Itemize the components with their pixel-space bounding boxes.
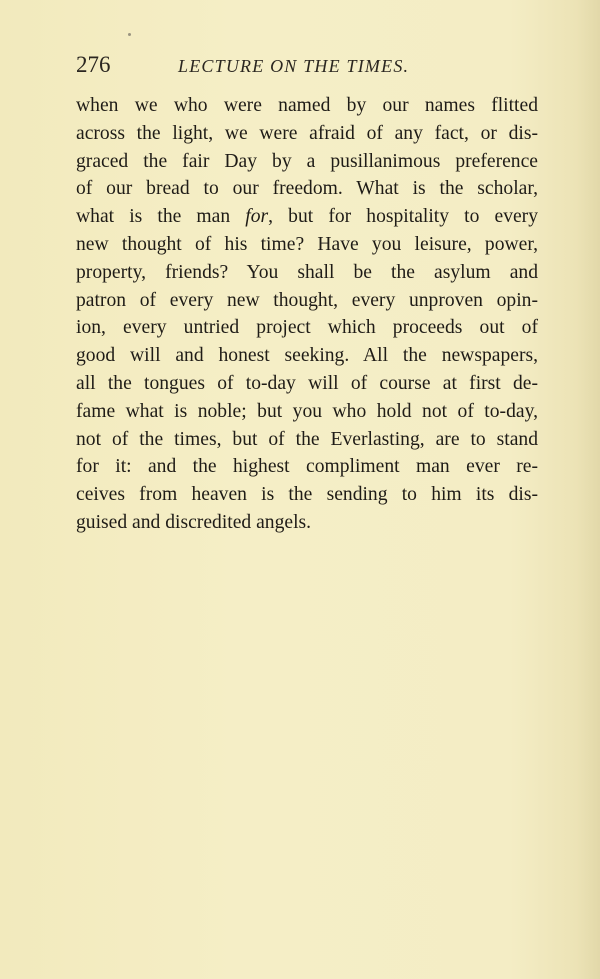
running-head: LECTURE ON THE TIMES. <box>178 56 409 77</box>
text-line: good will and honest seeking. All the ne… <box>76 342 538 370</box>
text-line: when we who were named by our names flit… <box>76 92 538 120</box>
text-line: new thought of his time? Have you leisur… <box>76 231 538 259</box>
body-text: when we who were named by our names flit… <box>76 92 538 537</box>
italic-word: for <box>245 206 268 227</box>
text-line: guised and discredited angels. <box>76 509 538 537</box>
book-page: 276 LECTURE ON THE TIMES. when we who we… <box>0 0 600 979</box>
text-line: of our bread to our freedom. What is the… <box>76 175 538 203</box>
text-line: for it: and the highest compliment man e… <box>76 453 538 481</box>
text-line: not of the times, but of the Everlasting… <box>76 426 538 454</box>
text-line: patron of every new thought, every unpro… <box>76 287 538 315</box>
text-line: ceives from heaven is the sending to him… <box>76 481 538 509</box>
text-line: ion, every untried project which proceed… <box>76 314 538 342</box>
text-segment: what is the man <box>76 206 245 227</box>
page-number: 276 <box>76 52 111 78</box>
text-segment: , but for hospitality to every <box>268 206 538 227</box>
text-line: all the tongues of to-day will of course… <box>76 370 538 398</box>
speck-mark <box>128 33 131 36</box>
text-line: what is the man for, but for hospitality… <box>76 203 538 231</box>
text-line: property, friends? You shall be the asyl… <box>76 259 538 287</box>
text-line: graced the fair Day by a pusillanimous p… <box>76 148 538 176</box>
text-line: across the light, we were afraid of any … <box>76 120 538 148</box>
text-line: fame what is noble; but you who hold not… <box>76 398 538 426</box>
page-header: 276 LECTURE ON THE TIMES. <box>76 52 446 82</box>
